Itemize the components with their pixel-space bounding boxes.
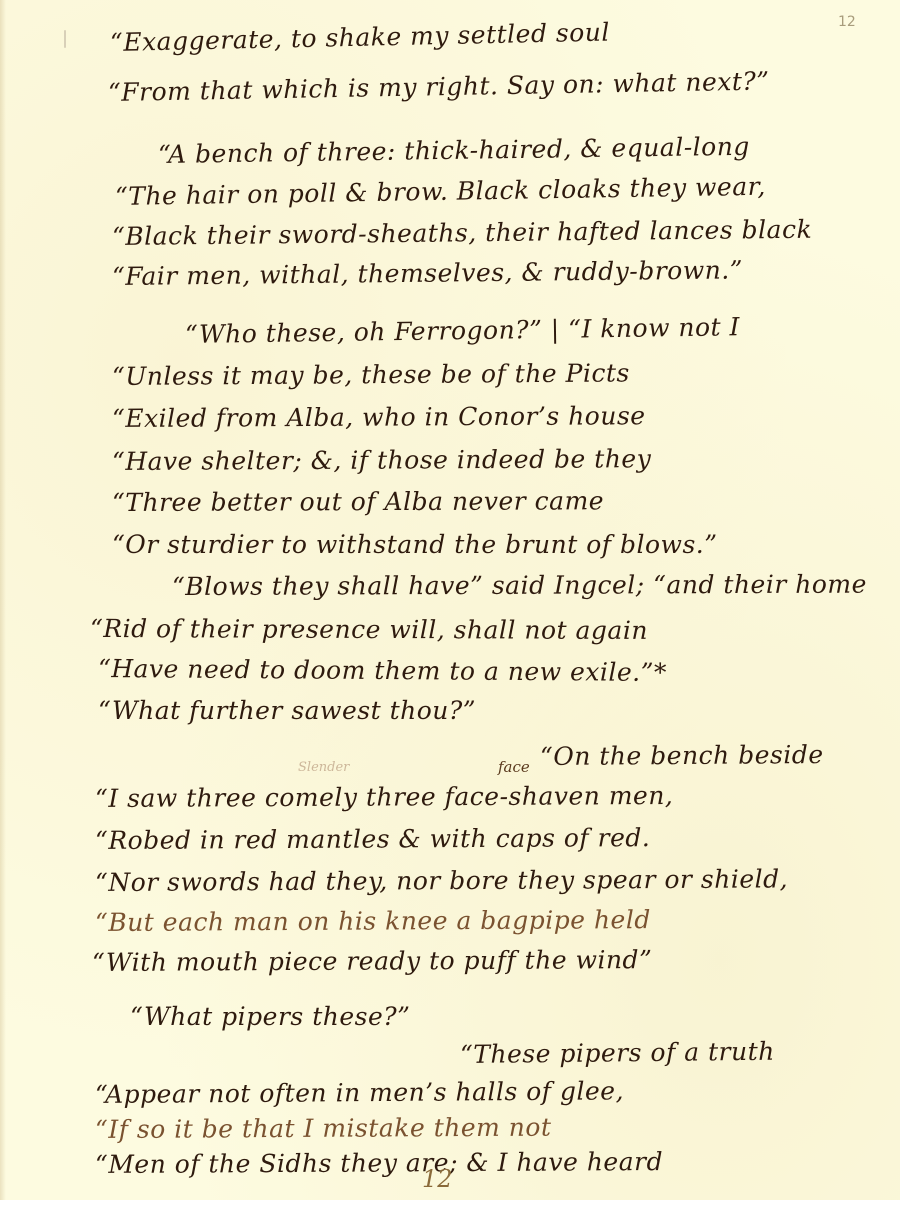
manuscript-line: “Appear not often in men’s halls of glee… xyxy=(95,1076,624,1109)
margin-mark xyxy=(64,30,66,48)
manuscript-page: 12 “Exaggerate, to shake my settled soul… xyxy=(0,0,900,1200)
manuscript-line: “What further sawest thou?” xyxy=(98,696,476,725)
page-edge-shadow xyxy=(0,0,6,1200)
manuscript-line: “Black their sword-sheaths, their hafted… xyxy=(112,215,812,251)
manuscript-line: “Have shelter; &, if those indeed be the… xyxy=(112,444,651,476)
manuscript-line: “Have need to doom them to a new exile.”… xyxy=(98,654,667,687)
interlinear-insertion: face xyxy=(498,758,530,776)
manuscript-line: “Fair men, withal, themselves, & ruddy-b… xyxy=(112,255,743,291)
manuscript-line: “If so it be that I mistake them not xyxy=(95,1113,552,1144)
folio-number-bottom: 12 xyxy=(422,1165,453,1193)
manuscript-line: “Exaggerate, to shake my settled soul xyxy=(110,18,610,57)
manuscript-line: “On the bench beside xyxy=(540,740,824,771)
manuscript-line: “A bench of three: thick-haired, & equal… xyxy=(158,132,750,169)
manuscript-line: “Three better out of Alba never came xyxy=(112,486,604,517)
manuscript-line: “Rid of their presence will, shall not a… xyxy=(90,614,648,645)
manuscript-line: “Nor swords had they, nor bore they spea… xyxy=(95,864,788,897)
pencil-annotation: Slender xyxy=(298,760,349,775)
folio-number-top: 12 xyxy=(838,14,856,30)
manuscript-line: “The hair on poll & brow. Black cloaks t… xyxy=(115,172,766,211)
manuscript-line: “But each man on his knee a bagpipe held xyxy=(95,905,651,937)
manuscript-line: “With mouth piece ready to puff the wind… xyxy=(92,945,652,977)
manuscript-line: “I saw three comely three face-shaven me… xyxy=(95,781,673,813)
manuscript-line: “Exiled from Alba, who in Conor’s house xyxy=(112,401,646,433)
manuscript-line: “What pipers these?” xyxy=(130,1002,410,1031)
manuscript-line: “Robed in red mantles & with caps of red… xyxy=(95,823,650,855)
manuscript-line: “Men of the Sidhs they are; & I have hea… xyxy=(95,1147,663,1179)
manuscript-line: “Or sturdier to withstand the brunt of b… xyxy=(112,530,718,559)
manuscript-line: “From that which is my right. Say on: wh… xyxy=(108,66,770,107)
manuscript-line: “Who these, oh Ferrogon?” | “I know not … xyxy=(185,312,740,349)
manuscript-line: “Unless it may be, these be of the Picts xyxy=(112,358,630,391)
manuscript-line: “Blows they shall have” said Ingcel; “an… xyxy=(172,570,867,601)
manuscript-line: “These pipers of a truth xyxy=(460,1037,775,1069)
